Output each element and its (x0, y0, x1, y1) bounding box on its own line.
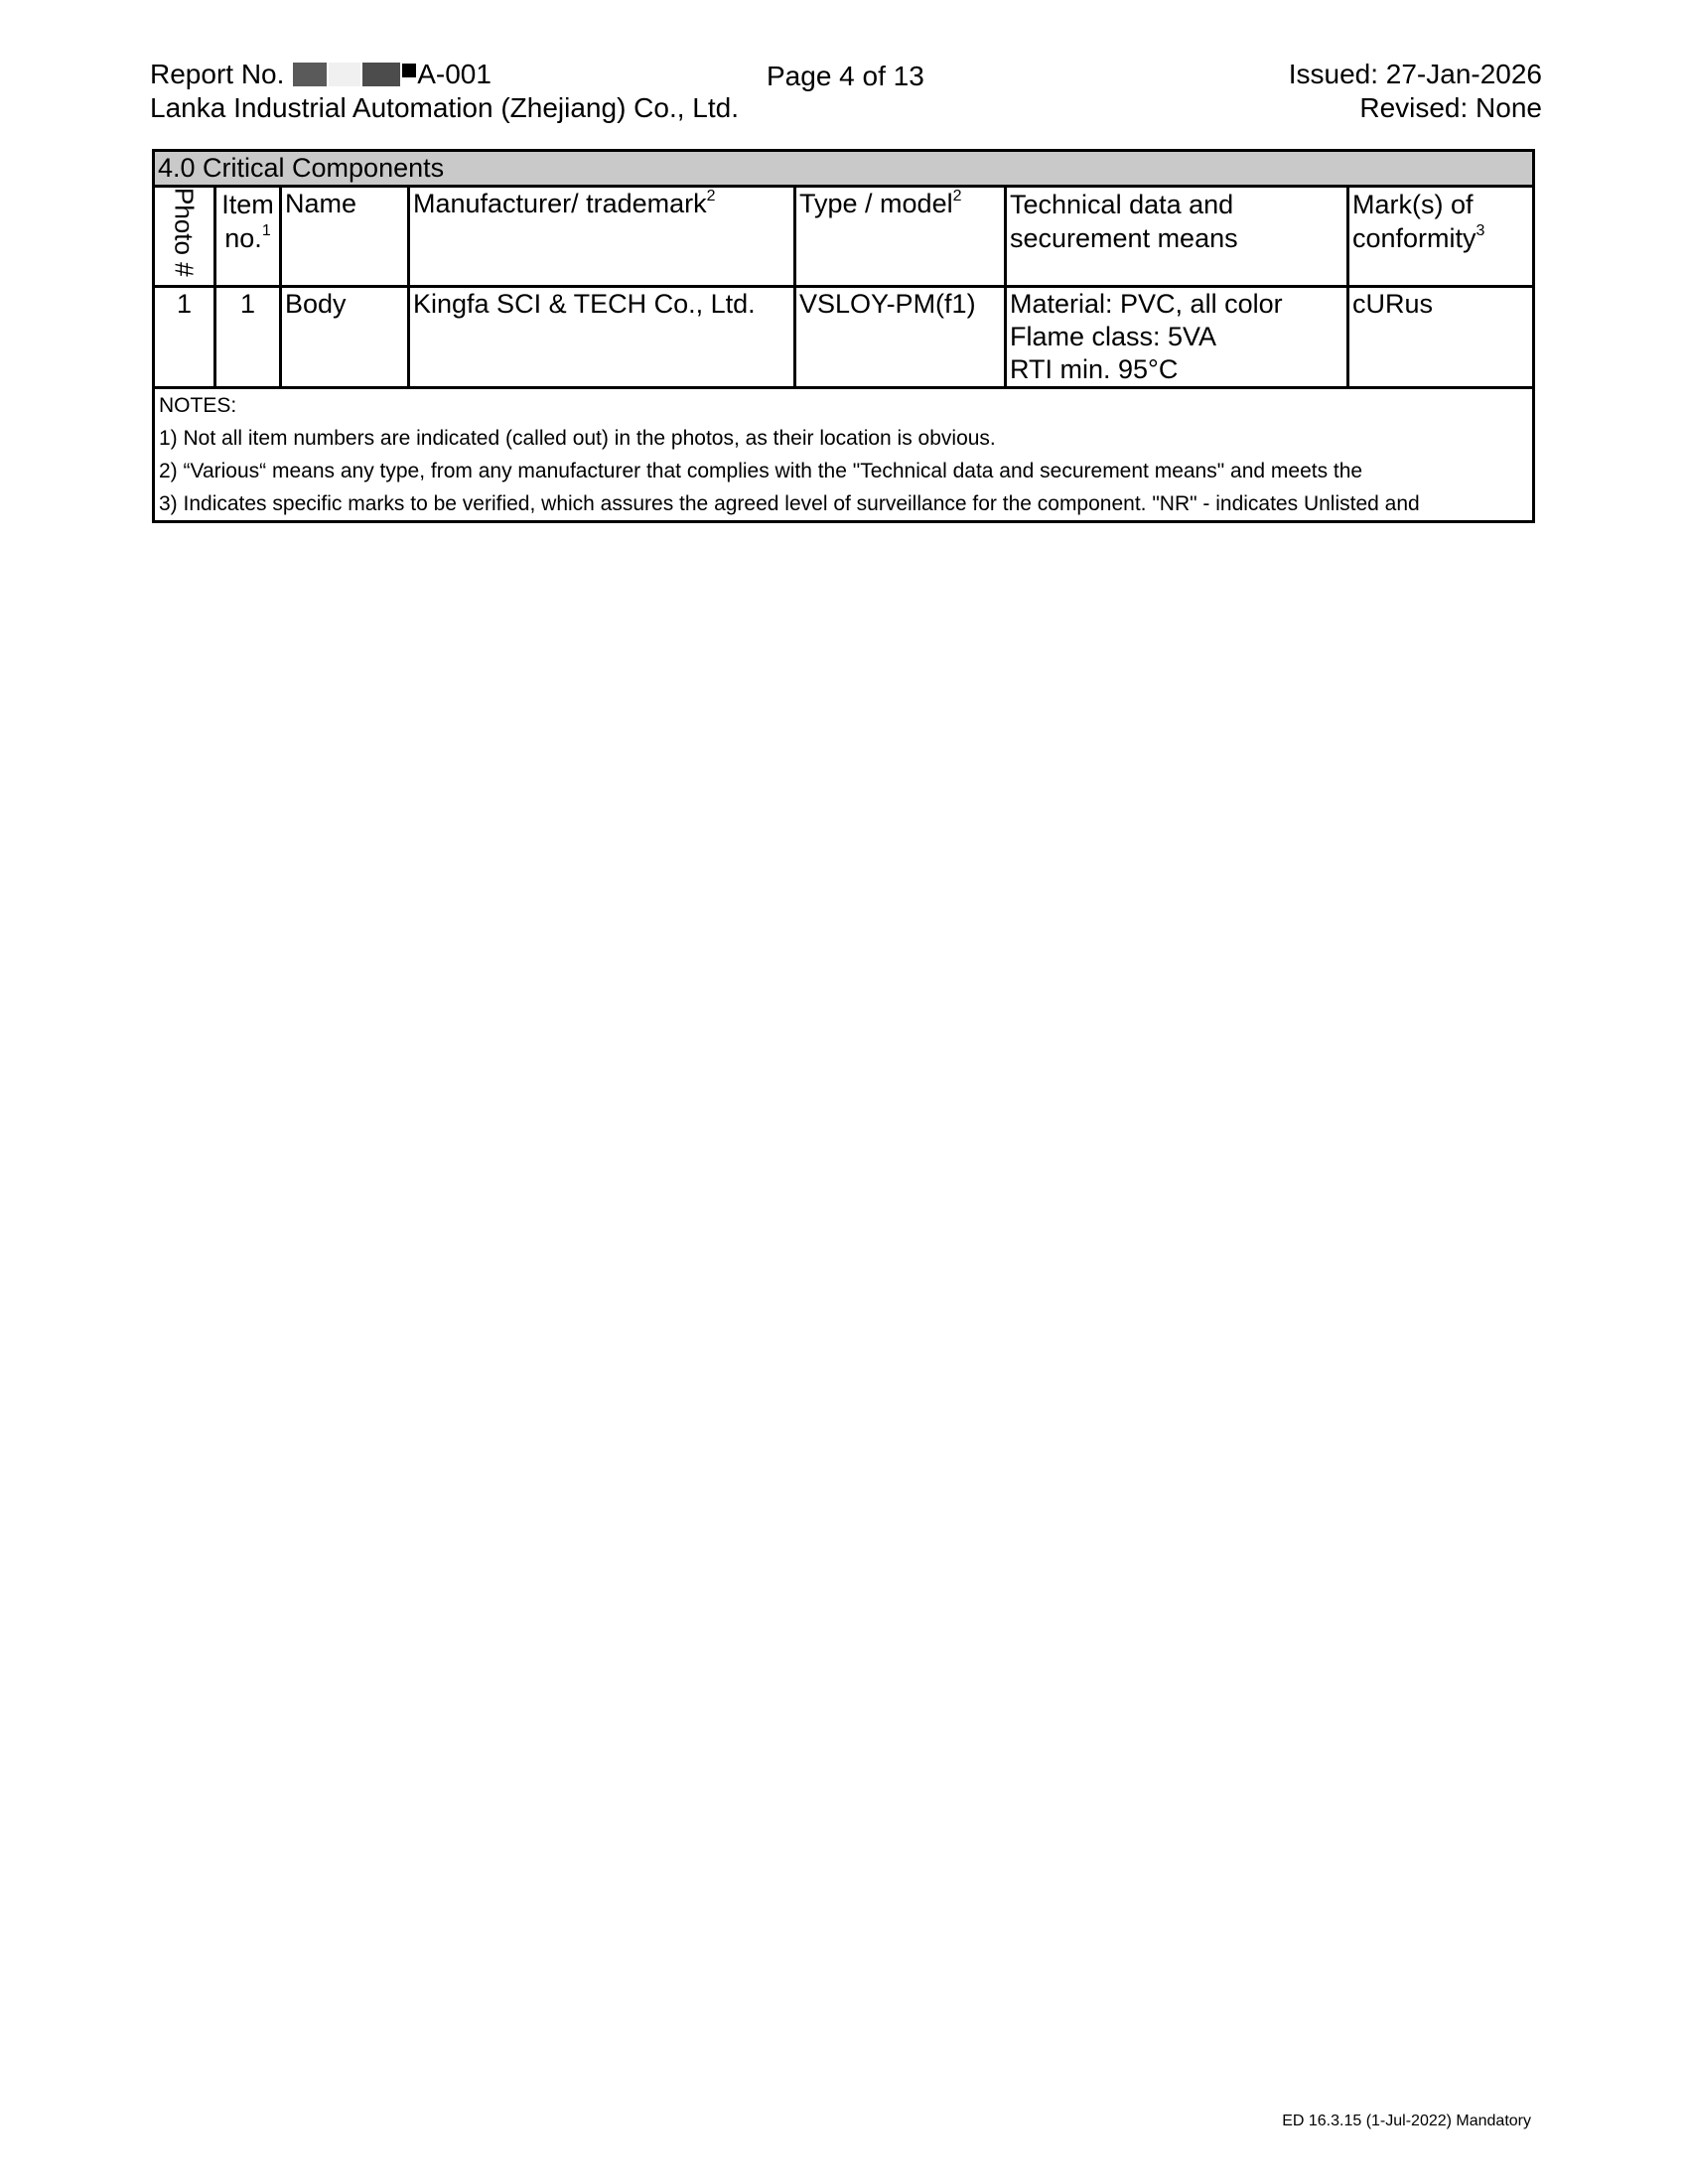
column-header-item-no: Item no.1 (215, 187, 281, 287)
cell-manufacturer: Kingfa SCI & TECH Co., Ltd. (409, 287, 795, 388)
report-number-label: Report No. (150, 59, 284, 89)
column-header-type-model: Type / model2 (795, 187, 1006, 287)
column-header-photo: Photo # (154, 187, 215, 287)
cell-name: Body (281, 287, 409, 388)
note-1: 1) Not all item numbers are indicated (c… (159, 422, 1528, 455)
table-row: 1 1 Body Kingfa SCI & TECH Co., Ltd. VSL… (154, 287, 1534, 388)
report-header-left: Report No. A-001 Lanka Industrial Automa… (150, 58, 739, 125)
cell-type-model: VSLOY-PM(f1) (795, 287, 1006, 388)
redaction-block (402, 64, 416, 77)
revised-status: Revised: None (1289, 91, 1542, 125)
cell-item-no: 1 (215, 287, 281, 388)
critical-components-table: 4.0 Critical Components Photo # Item no.… (152, 149, 1535, 523)
report-number: Report No. A-001 (150, 58, 739, 91)
note-3: 3) Indicates specific marks to be verifi… (159, 487, 1528, 520)
column-header-manufacturer: Manufacturer/ trademark2 (409, 187, 795, 287)
redaction-block (329, 63, 360, 86)
notes: NOTES: 1) Not all item numbers are indic… (154, 388, 1534, 522)
issued-date: Issued: 27-Jan-2026 (1289, 58, 1542, 91)
cell-photo: 1 (154, 287, 215, 388)
cell-marks-of-conformity: cURus (1348, 287, 1534, 388)
notes-row: NOTES: 1) Not all item numbers are indic… (154, 388, 1534, 522)
section-title: 4.0 Critical Components (154, 151, 1534, 187)
section-title-row: 4.0 Critical Components (154, 151, 1534, 187)
note-2: 2) “Various“ means any type, from any ma… (159, 455, 1528, 487)
notes-title: NOTES: (159, 389, 1528, 422)
redaction-block (293, 63, 327, 86)
redaction-block (362, 63, 400, 86)
report-number-suffix: A-001 (417, 59, 492, 89)
form-footer: ED 16.3.15 (1-Jul-2022) Mandatory (1282, 2113, 1531, 2130)
table-header-row: Photo # Item no.1 Name Manufacturer/ tra… (154, 187, 1534, 287)
column-header-technical-data: Technical data and securement means (1006, 187, 1348, 287)
column-header-name: Name (281, 187, 409, 287)
page-number: Page 4 of 13 (767, 60, 924, 93)
company-name: Lanka Industrial Automation (Zhejiang) C… (150, 91, 739, 125)
column-header-marks-of-conformity: Mark(s) of conformity3 (1348, 187, 1534, 287)
cell-technical-data: Material: PVC, all color Flame class: 5V… (1006, 287, 1348, 388)
report-header-right: Issued: 27-Jan-2026 Revised: None (1289, 58, 1542, 125)
